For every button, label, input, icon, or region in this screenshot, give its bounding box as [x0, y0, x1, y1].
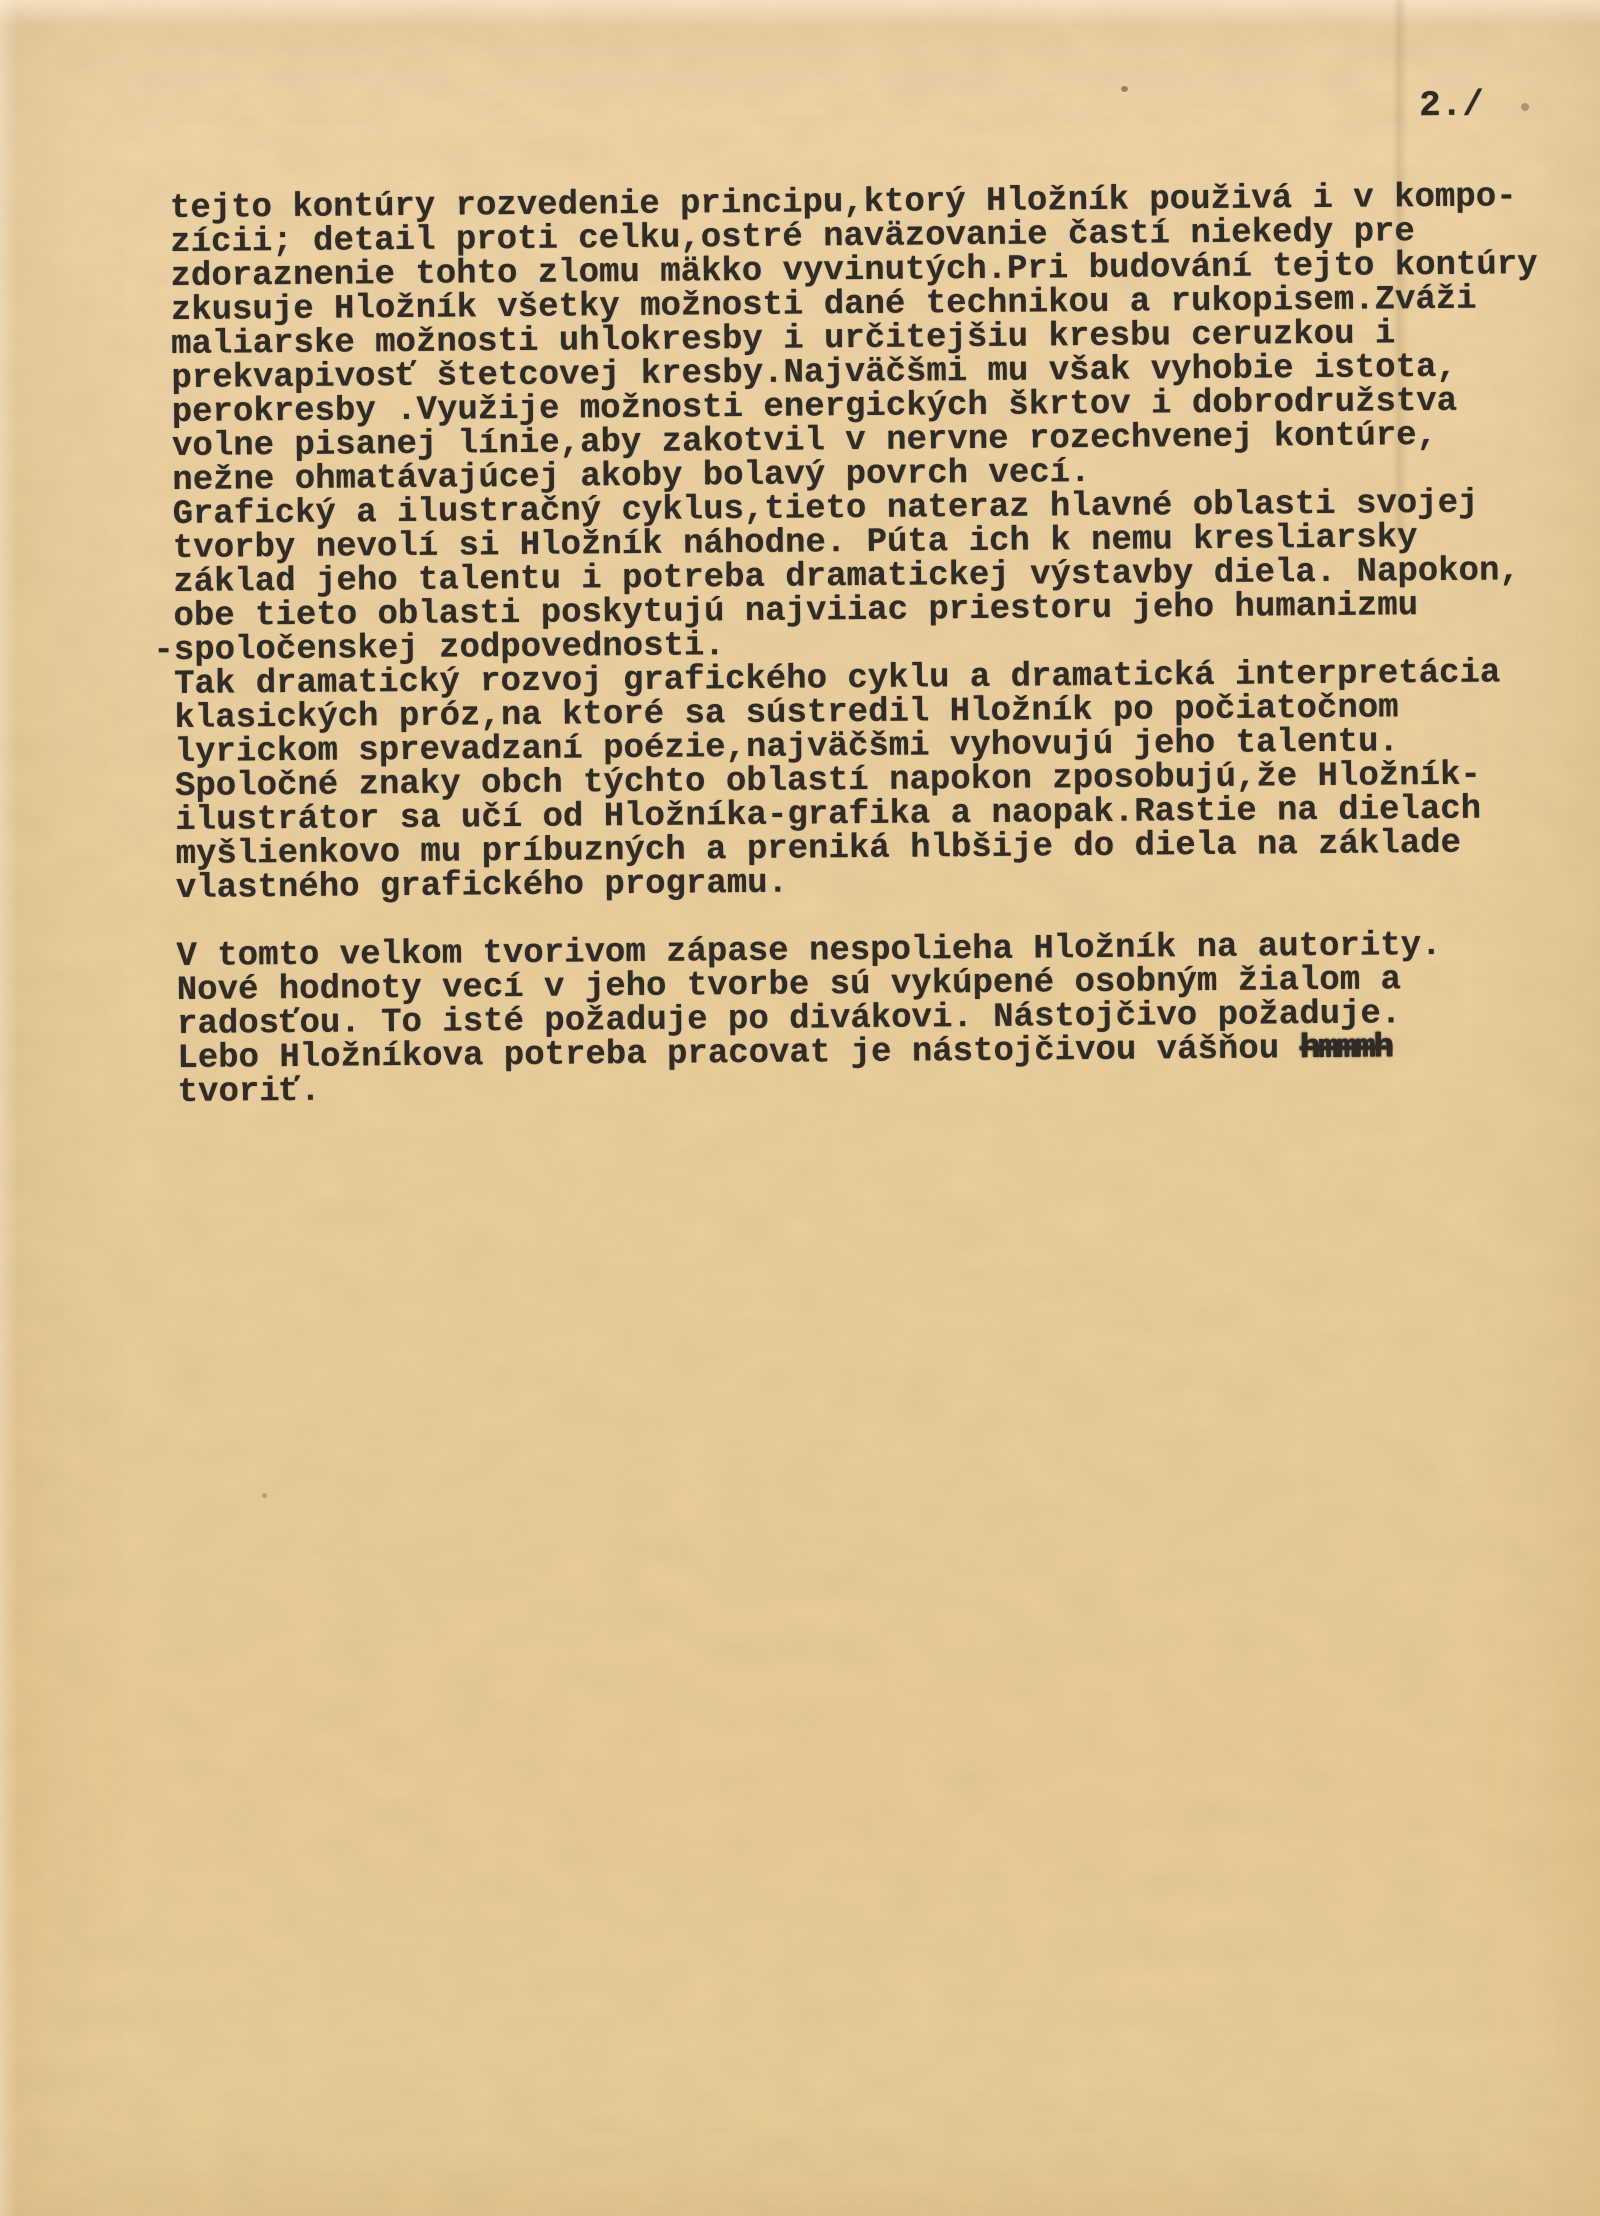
- struck-out-word: hmmmh: [1299, 1029, 1391, 1068]
- typewritten-body: tejto kontúry rozvedenie principu,ktorý …: [170, 180, 1578, 1110]
- typewritten-layer: 2./ tejto kontúry rozvedenie principu,kt…: [0, 0, 1600, 2216]
- page-number: 2./: [1419, 85, 1484, 127]
- document-page: 2./ tejto kontúry rozvedenie principu,kt…: [0, 0, 1600, 2216]
